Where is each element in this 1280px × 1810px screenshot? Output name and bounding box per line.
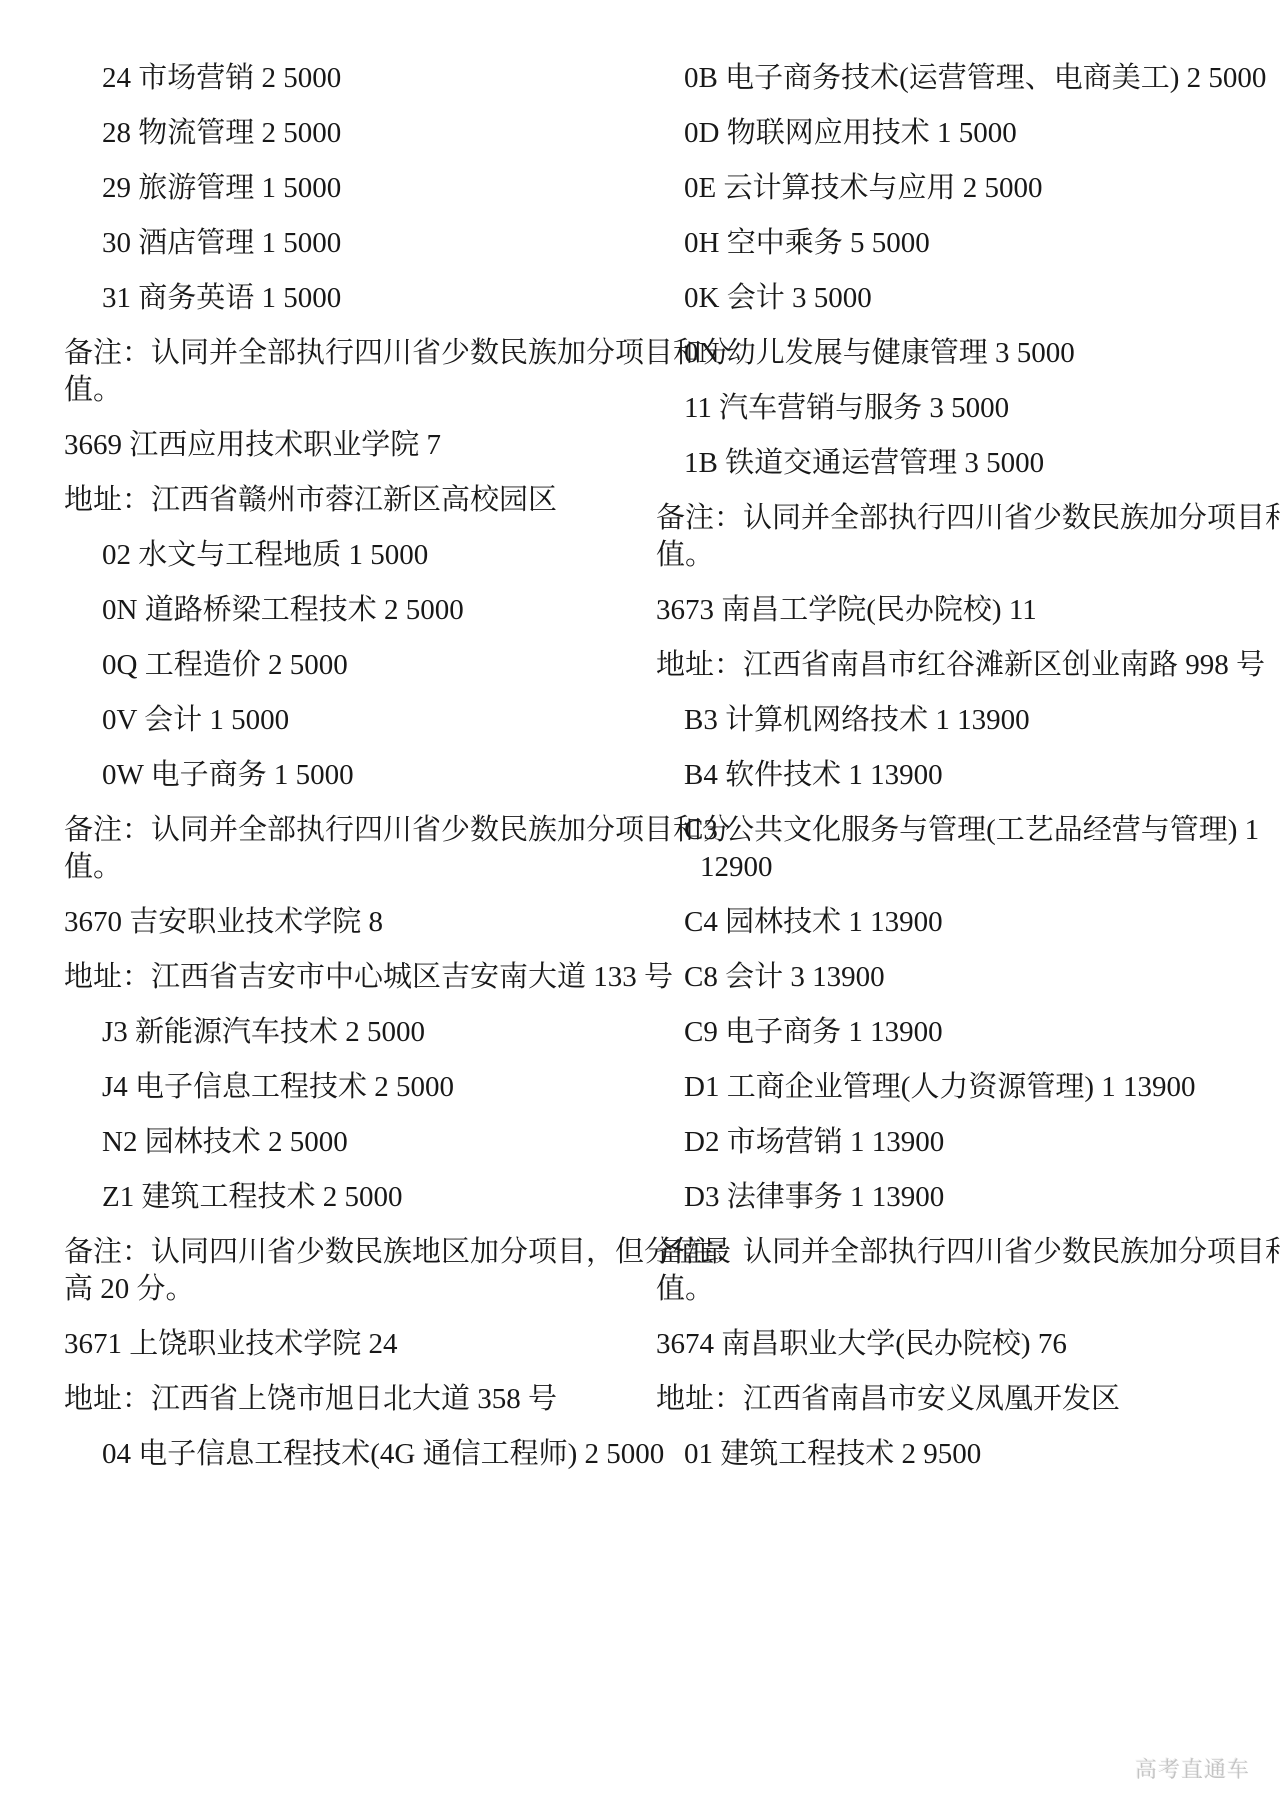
text-line: 0H 空中乘务 5 5000 bbox=[656, 225, 1224, 262]
major-line: C4 园林技术 1 13900 bbox=[656, 904, 1224, 941]
major-line: 0N 幼儿发展与健康管理 3 5000 bbox=[656, 335, 1224, 372]
note-paragraph: 备注：认同并全部执行四川省少数民族加分项目和分值。 bbox=[64, 335, 632, 409]
major-line: D2 市场营销 1 13900 bbox=[656, 1124, 1224, 1161]
major-line: C3 公共文化服务与管理(工艺品经营与管理) 112900 bbox=[656, 812, 1224, 886]
text-line: 0B 电子商务技术(运营管理、电商美工) 2 5000 bbox=[656, 60, 1224, 97]
text-line: 地址：江西省吉安市中心城区吉安南大道 133 号 bbox=[64, 959, 632, 996]
text-line: 值。 bbox=[656, 537, 1224, 574]
major-line: 0K 会计 3 5000 bbox=[656, 280, 1224, 317]
text-line: 0W 电子商务 1 5000 bbox=[64, 757, 632, 794]
text-line: 02 水文与工程地质 1 5000 bbox=[64, 537, 632, 574]
major-line: B4 软件技术 1 13900 bbox=[656, 757, 1224, 794]
text-line: 地址：江西省上饶市旭日北大道 358 号 bbox=[64, 1381, 632, 1418]
text-line: 0D 物联网应用技术 1 5000 bbox=[656, 115, 1224, 152]
major-line: 0E 云计算技术与应用 2 5000 bbox=[656, 170, 1224, 207]
document-page: 24 市场营销 2 500028 物流管理 2 500029 旅游管理 1 50… bbox=[0, 0, 1280, 1810]
text-line: B4 软件技术 1 13900 bbox=[656, 757, 1224, 794]
major-line: Z1 建筑工程技术 2 5000 bbox=[64, 1179, 632, 1216]
major-line: J3 新能源汽车技术 2 5000 bbox=[64, 1014, 632, 1051]
text-line: 备注：认同四川省少数民族地区加分项目，但分值最 bbox=[64, 1234, 632, 1271]
major-line: B3 计算机网络技术 1 13900 bbox=[656, 702, 1224, 739]
text-line: 31 商务英语 1 5000 bbox=[64, 280, 632, 317]
major-line: 01 建筑工程技术 2 9500 bbox=[656, 1436, 1224, 1473]
major-line: 0B 电子商务技术(运营管理、电商美工) 2 5000 bbox=[656, 60, 1224, 97]
text-line: D3 法律事务 1 13900 bbox=[656, 1179, 1224, 1216]
text-line: D2 市场营销 1 13900 bbox=[656, 1124, 1224, 1161]
text-line: 3674 南昌职业大学(民办院校) 76 bbox=[656, 1326, 1224, 1363]
major-line: 0H 空中乘务 5 5000 bbox=[656, 225, 1224, 262]
right-column: 0B 电子商务技术(运营管理、电商美工) 2 50000D 物联网应用技术 1 … bbox=[656, 60, 1224, 1491]
major-line: 0D 物联网应用技术 1 5000 bbox=[656, 115, 1224, 152]
text-line: 12900 bbox=[656, 849, 1224, 886]
text-line: 地址：江西省南昌市安义凤凰开发区 bbox=[656, 1381, 1224, 1418]
text-line: 0K 会计 3 5000 bbox=[656, 280, 1224, 317]
watermark-logo: 高考直通车 bbox=[1135, 1753, 1250, 1784]
text-line: 11 汽车营销与服务 3 5000 bbox=[656, 390, 1224, 427]
major-line: 0W 电子商务 1 5000 bbox=[64, 757, 632, 794]
text-line: 值。 bbox=[64, 849, 632, 886]
note-paragraph: 备注：认同四川省少数民族地区加分项目，但分值最高 20 分。 bbox=[64, 1234, 632, 1308]
major-line: 29 旅游管理 1 5000 bbox=[64, 170, 632, 207]
major-line: 1B 铁道交通运营管理 3 5000 bbox=[656, 445, 1224, 482]
major-line: 28 物流管理 2 5000 bbox=[64, 115, 632, 152]
text-line: 1B 铁道交通运营管理 3 5000 bbox=[656, 445, 1224, 482]
address-line: 地址：江西省上饶市旭日北大道 358 号 bbox=[64, 1381, 632, 1418]
left-column: 24 市场营销 2 500028 物流管理 2 500029 旅游管理 1 50… bbox=[64, 60, 632, 1491]
text-line: 0Q 工程造价 2 5000 bbox=[64, 647, 632, 684]
major-line: 0N 道路桥梁工程技术 2 5000 bbox=[64, 592, 632, 629]
text-line: B3 计算机网络技术 1 13900 bbox=[656, 702, 1224, 739]
major-line: 04 电子信息工程技术(4G 通信工程师) 2 5000 bbox=[64, 1436, 632, 1473]
text-line: 备注：认同并全部执行四川省少数民族加分项目和分 bbox=[656, 1234, 1224, 1271]
text-line: 04 电子信息工程技术(4G 通信工程师) 2 5000 bbox=[64, 1436, 632, 1473]
major-line: 31 商务英语 1 5000 bbox=[64, 280, 632, 317]
major-line: 0Q 工程造价 2 5000 bbox=[64, 647, 632, 684]
text-line: 值。 bbox=[64, 372, 632, 409]
address-line: 地址：江西省吉安市中心城区吉安南大道 133 号 bbox=[64, 959, 632, 996]
text-line: 24 市场营销 2 5000 bbox=[64, 60, 632, 97]
major-line: 24 市场营销 2 5000 bbox=[64, 60, 632, 97]
text-line: 0N 道路桥梁工程技术 2 5000 bbox=[64, 592, 632, 629]
text-line: 3673 南昌工学院(民办院校) 11 bbox=[656, 592, 1224, 629]
text-line: 值。 bbox=[656, 1271, 1224, 1308]
address-line: 地址：江西省赣州市蓉江新区高校园区 bbox=[64, 482, 632, 519]
text-line: 01 建筑工程技术 2 9500 bbox=[656, 1436, 1224, 1473]
text-line: 高 20 分。 bbox=[64, 1271, 632, 1308]
major-line: C8 会计 3 13900 bbox=[656, 959, 1224, 996]
school-heading: 3671 上饶职业技术学院 24 bbox=[64, 1326, 632, 1363]
address-line: 地址：江西省南昌市红谷滩新区创业南路 998 号 bbox=[656, 647, 1224, 684]
major-line: D1 工商企业管理(人力资源管理) 1 13900 bbox=[656, 1069, 1224, 1106]
text-line: Z1 建筑工程技术 2 5000 bbox=[64, 1179, 632, 1216]
text-line: D1 工商企业管理(人力资源管理) 1 13900 bbox=[656, 1069, 1224, 1106]
text-line: 地址：江西省南昌市红谷滩新区创业南路 998 号 bbox=[656, 647, 1224, 684]
major-line: 02 水文与工程地质 1 5000 bbox=[64, 537, 632, 574]
text-line: C9 电子商务 1 13900 bbox=[656, 1014, 1224, 1051]
text-line: 3670 吉安职业技术学院 8 bbox=[64, 904, 632, 941]
major-line: 11 汽车营销与服务 3 5000 bbox=[656, 390, 1224, 427]
school-heading: 3673 南昌工学院(民办院校) 11 bbox=[656, 592, 1224, 629]
text-line: C4 园林技术 1 13900 bbox=[656, 904, 1224, 941]
note-paragraph: 备注：认同并全部执行四川省少数民族加分项目和分值。 bbox=[656, 1234, 1224, 1308]
text-line: C8 会计 3 13900 bbox=[656, 959, 1224, 996]
major-line: J4 电子信息工程技术 2 5000 bbox=[64, 1069, 632, 1106]
major-line: C9 电子商务 1 13900 bbox=[656, 1014, 1224, 1051]
major-line: 30 酒店管理 1 5000 bbox=[64, 225, 632, 262]
note-paragraph: 备注：认同并全部执行四川省少数民族加分项目和分值。 bbox=[64, 812, 632, 886]
text-line: 28 物流管理 2 5000 bbox=[64, 115, 632, 152]
text-line: 备注：认同并全部执行四川省少数民族加分项目和分 bbox=[64, 812, 632, 849]
text-line: 地址：江西省赣州市蓉江新区高校园区 bbox=[64, 482, 632, 519]
text-line: J4 电子信息工程技术 2 5000 bbox=[64, 1069, 632, 1106]
text-line: 29 旅游管理 1 5000 bbox=[64, 170, 632, 207]
text-line: 30 酒店管理 1 5000 bbox=[64, 225, 632, 262]
text-line: 3669 江西应用技术职业学院 7 bbox=[64, 427, 632, 464]
note-paragraph: 备注：认同并全部执行四川省少数民族加分项目和分值。 bbox=[656, 500, 1224, 574]
school-heading: 3674 南昌职业大学(民办院校) 76 bbox=[656, 1326, 1224, 1363]
text-line: 0E 云计算技术与应用 2 5000 bbox=[656, 170, 1224, 207]
text-line: 备注：认同并全部执行四川省少数民族加分项目和分 bbox=[656, 500, 1224, 537]
text-line: 备注：认同并全部执行四川省少数民族加分项目和分 bbox=[64, 335, 632, 372]
text-line: 0N 幼儿发展与健康管理 3 5000 bbox=[656, 335, 1224, 372]
major-line: N2 园林技术 2 5000 bbox=[64, 1124, 632, 1161]
school-heading: 3670 吉安职业技术学院 8 bbox=[64, 904, 632, 941]
text-line: J3 新能源汽车技术 2 5000 bbox=[64, 1014, 632, 1051]
major-line: D3 法律事务 1 13900 bbox=[656, 1179, 1224, 1216]
school-heading: 3669 江西应用技术职业学院 7 bbox=[64, 427, 632, 464]
major-line: 0V 会计 1 5000 bbox=[64, 702, 632, 739]
text-line: N2 园林技术 2 5000 bbox=[64, 1124, 632, 1161]
text-line: 3671 上饶职业技术学院 24 bbox=[64, 1326, 632, 1363]
text-line: 0V 会计 1 5000 bbox=[64, 702, 632, 739]
address-line: 地址：江西省南昌市安义凤凰开发区 bbox=[656, 1381, 1224, 1418]
text-line: C3 公共文化服务与管理(工艺品经营与管理) 1 bbox=[656, 812, 1224, 849]
